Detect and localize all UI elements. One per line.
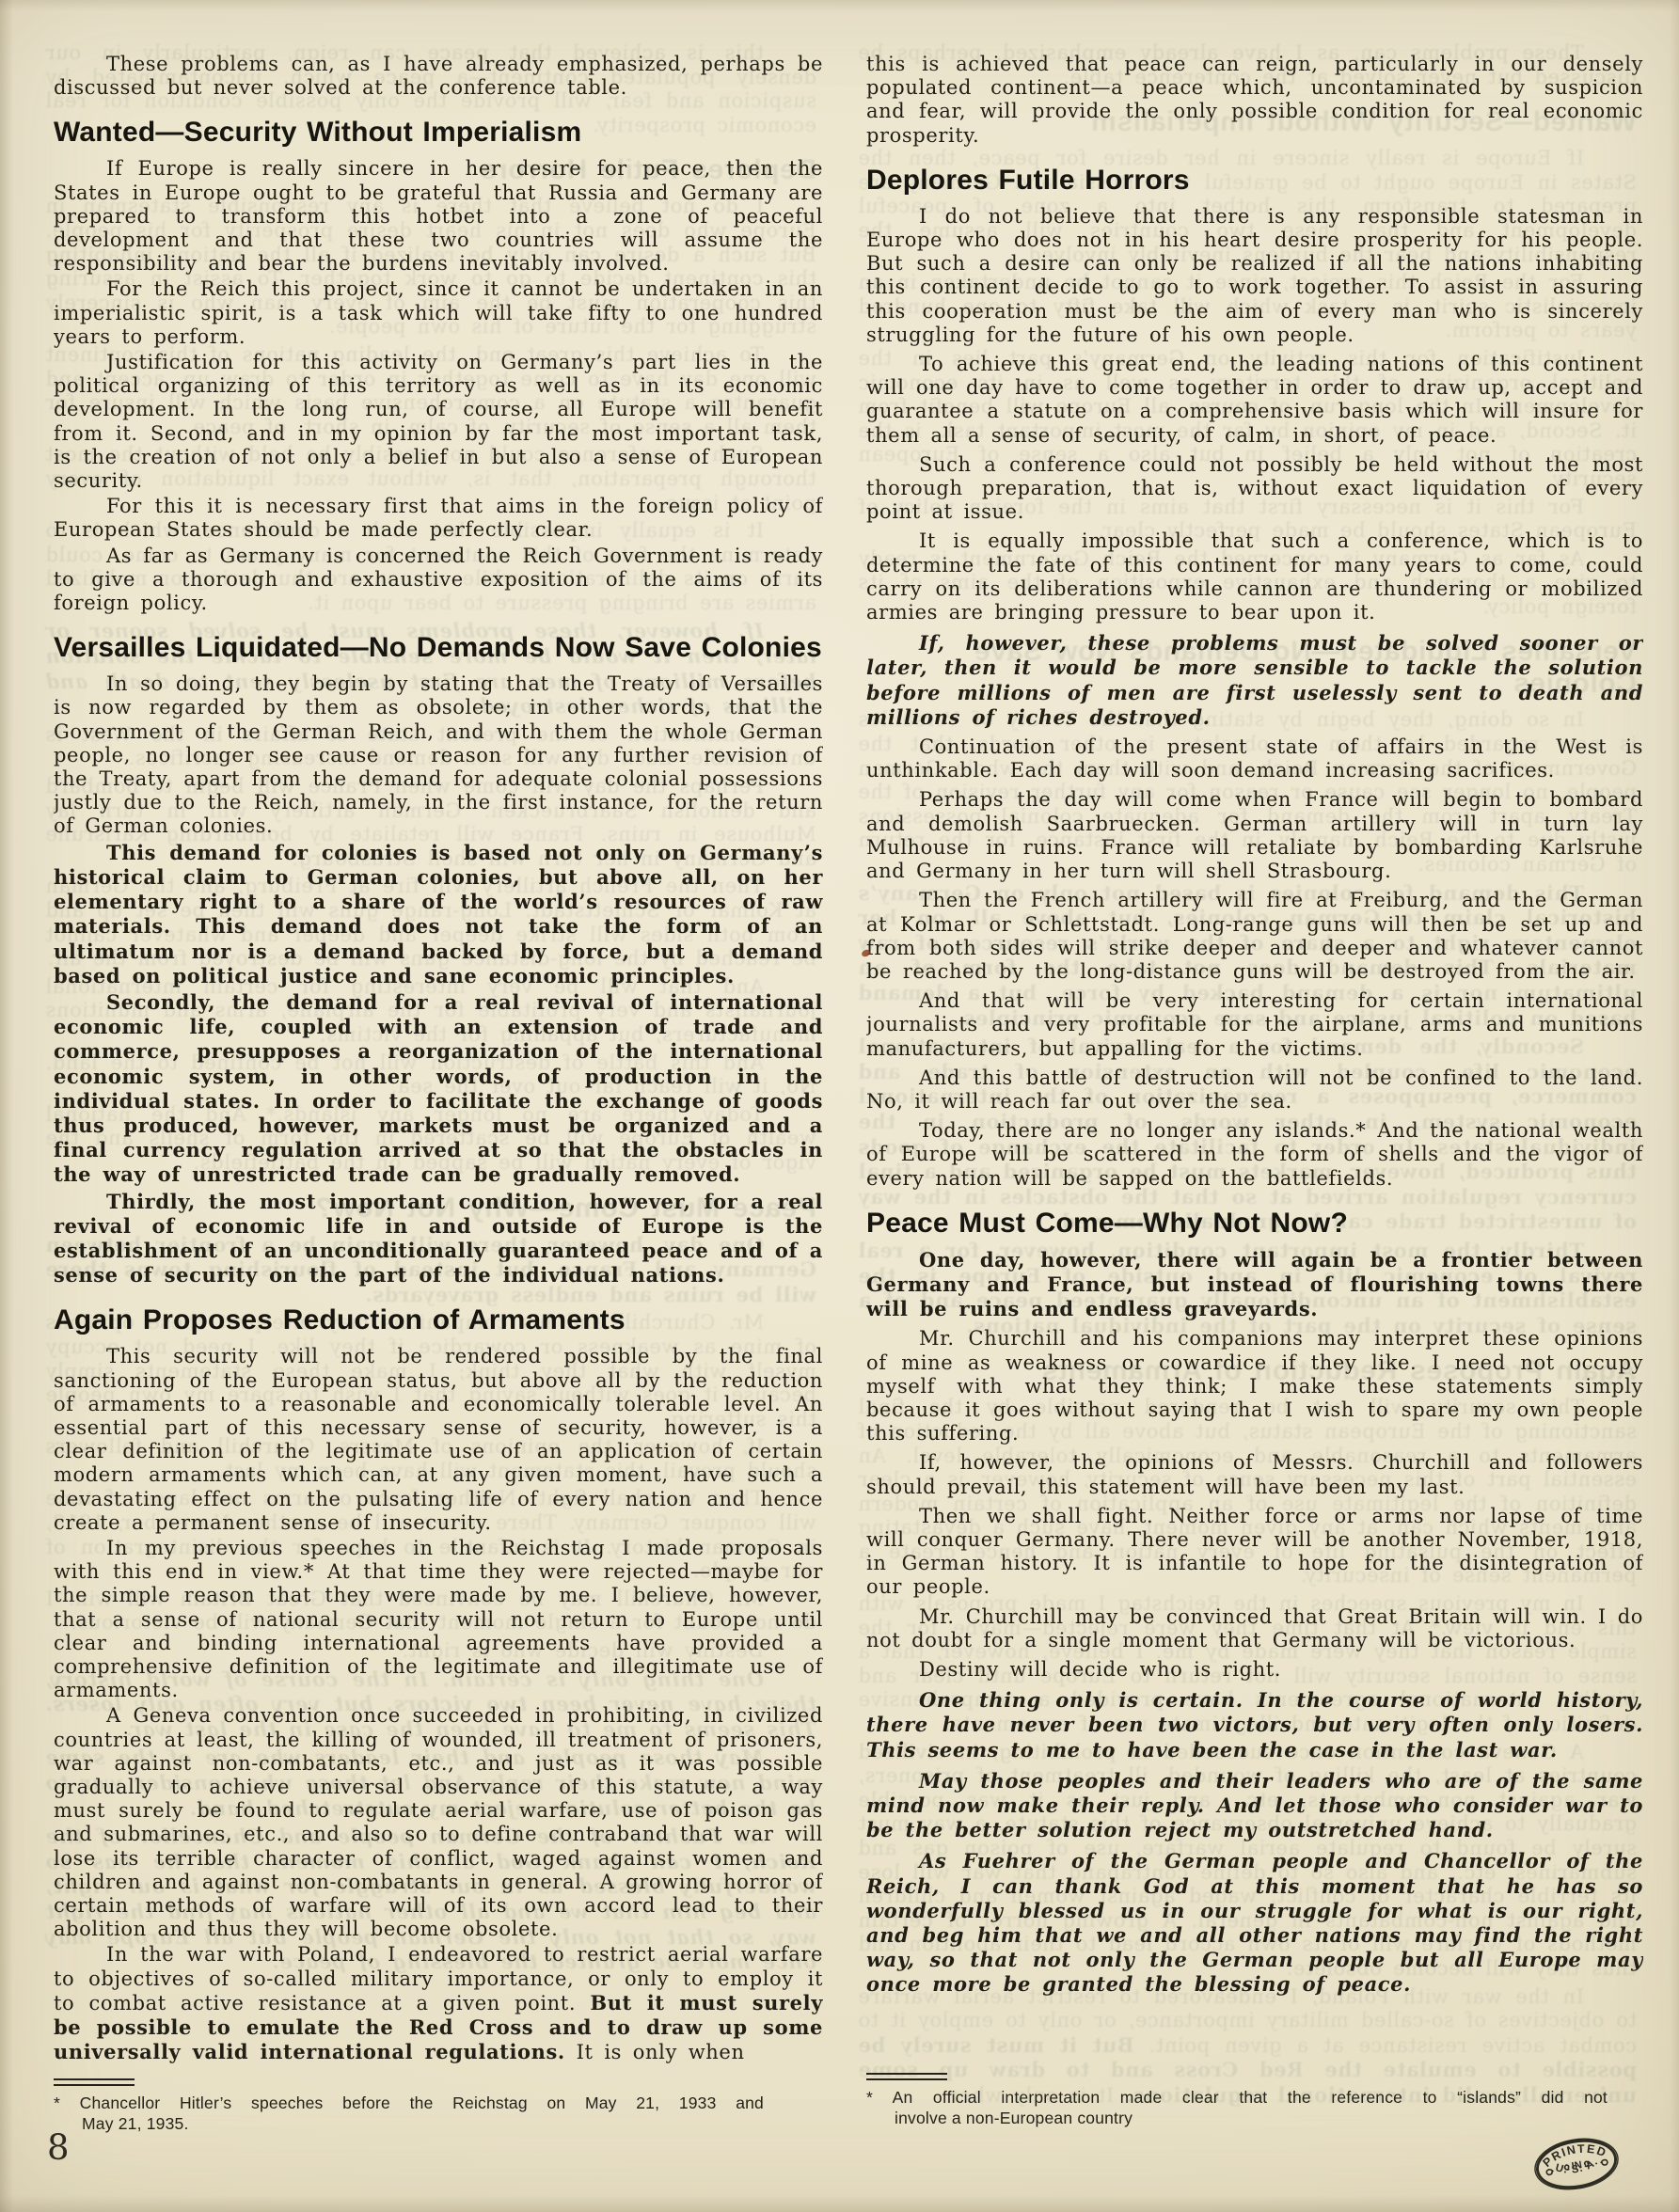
- paragraph: Secondly, the demand for a real revival …: [54, 990, 823, 1188]
- footnote-left: * Chancellor Hitler’s speeches before th…: [54, 2078, 764, 2134]
- paragraph: As far as Germany is concerned the Reich…: [54, 545, 823, 616]
- footnote-rule: [54, 2078, 135, 2086]
- text-run: Then the French artillery will fire at F…: [866, 889, 1643, 983]
- text-run: Perhaps the day will come when France wi…: [866, 788, 1643, 882]
- section-heading: Peace Must Come—Why Not Now?: [866, 1208, 1643, 1240]
- footnote-text: involve a non-European country: [866, 2108, 1608, 2128]
- paragraph: One day, however, there will again be a …: [866, 1248, 1643, 1322]
- text-run: These problems can, as I have already em…: [54, 53, 823, 99]
- paragraph: This demand for colonies is based not on…: [54, 841, 823, 988]
- text-run: It is only when: [565, 2041, 745, 2063]
- paragraph: If, however, the opinions of Messrs. Chu…: [866, 1451, 1643, 1498]
- footnote-right: * An official interpretation made clear …: [866, 2073, 1608, 2128]
- text-run: One day, however, there will again be a …: [866, 1248, 1643, 1320]
- text-run: For the Reich this project, since it can…: [54, 277, 823, 347]
- paragraph: Destiny will decide who is right.: [866, 1658, 1643, 1682]
- footnote-rule: [866, 2073, 947, 2080]
- paragraph: Such a conference could not possibly be …: [866, 453, 1643, 525]
- paragraph: And that will be very interesting for ce…: [866, 989, 1643, 1061]
- text-run: One thing only is certain. In the course…: [866, 1688, 1643, 1761]
- text-run: It is equally impossible that such a con…: [866, 529, 1643, 624]
- paragraph: It is equally impossible that such a con…: [866, 529, 1643, 624]
- footnote-text: * An official interpretation made clear …: [866, 2087, 1608, 2108]
- paragraph: Thirdly, the most important condition, h…: [54, 1190, 823, 1288]
- paragraph: If, however, these problems must be solv…: [866, 631, 1643, 730]
- section-heading: Deplores Futile Horrors: [866, 165, 1643, 197]
- text-run: As far as Germany is concerned the Reich…: [54, 545, 823, 614]
- printed-in-usa-stamp: PRINTED IN U. S. A.: [1529, 2133, 1624, 2195]
- footnote-text: May 21, 1935.: [54, 2113, 764, 2134]
- paragraph: I do not believe that there is any respo…: [866, 205, 1643, 347]
- paragraph: Justification for this activity on Germa…: [54, 351, 823, 493]
- paragraph: In the war with Poland, I endeavored to …: [54, 1943, 823, 2064]
- paragraph: Then we shall fight. Neither force or ar…: [866, 1505, 1643, 1600]
- text-run: As Fuehrer of the German people and Chan…: [866, 1849, 1643, 1996]
- text-run: This demand for colonies is based not on…: [54, 841, 823, 987]
- text-run: Continuation of the present state of aff…: [866, 735, 1643, 782]
- paragraph: For this it is necessary first that aims…: [54, 495, 823, 542]
- paragraph: Today, there are no longer any islands.*…: [866, 1119, 1643, 1191]
- paragraph: These problems can, as I have already em…: [54, 53, 823, 100]
- text-run: A Geneva convention once succeeded in pr…: [54, 1704, 823, 1940]
- paragraph: One thing only is certain. In the course…: [866, 1688, 1643, 1762]
- text-run: May those peoples and their leaders who …: [866, 1769, 1643, 1841]
- text-run: In my previous speeches in the Reichstag…: [54, 1537, 823, 1701]
- paragraph: This security will not be rendered possi…: [54, 1345, 823, 1535]
- paragraph: Mr. Churchill may be convinced that Grea…: [866, 1605, 1643, 1652]
- left-column: These problems can, as I have already em…: [54, 53, 823, 2066]
- text-run: I do not believe that there is any respo…: [866, 205, 1643, 346]
- text-run: Such a conference could not possibly be …: [866, 453, 1643, 523]
- text-run: For this it is necessary first that aims…: [54, 495, 823, 541]
- text-run: In so doing, they begin by stating that …: [54, 672, 823, 837]
- paragraph: Perhaps the day will come when France wi…: [866, 788, 1643, 883]
- paragraph: Continuation of the present state of aff…: [866, 735, 1643, 782]
- text-run: Today, there are no longer any islands.*…: [866, 1119, 1643, 1189]
- paragraph: For the Reich this project, since it can…: [54, 277, 823, 349]
- text-run: If, however, the opinions of Messrs. Chu…: [866, 1451, 1643, 1497]
- paragraph: Then the French artillery will fire at F…: [866, 889, 1643, 984]
- paragraph: A Geneva convention once succeeded in pr…: [54, 1704, 823, 1941]
- text-run: this is achieved that peace can reign, p…: [866, 53, 1643, 147]
- stamp-flourish-right: [1601, 2159, 1608, 2166]
- footnote-text: * Chancellor Hitler’s speeches before th…: [54, 2093, 764, 2113]
- paragraph: In so doing, they begin by stating that …: [54, 672, 823, 838]
- text-run: Justification for this activity on Germa…: [54, 351, 823, 492]
- text-run: Mr. Churchill may be convinced that Grea…: [866, 1605, 1643, 1651]
- stamp-flourish-left: [1546, 2169, 1554, 2175]
- text-run: And this battle of destruction will not …: [866, 1066, 1643, 1113]
- paragraph: this is achieved that peace can reign, p…: [866, 53, 1643, 148]
- paragraph: To achieve this great end, the leading n…: [866, 353, 1643, 448]
- text-run: Mr. Churchill and his companions may int…: [866, 1327, 1643, 1445]
- text-run: And that will be very interesting for ce…: [866, 989, 1643, 1059]
- paper-background: this is achieved that peace can reign, p…: [0, 0, 1679, 2212]
- text-run: Secondly, the demand for a real revival …: [54, 990, 823, 1186]
- paragraph: May those peoples and their leaders who …: [866, 1769, 1643, 1843]
- right-column: this is achieved that peace can reign, p…: [866, 53, 1643, 2003]
- paragraph: In my previous speeches in the Reichstag…: [54, 1537, 823, 1702]
- paragraph: If Europe is really sincere in her desir…: [54, 157, 823, 276]
- text-run: This security will not be rendered possi…: [54, 1345, 823, 1533]
- paragraph: As Fuehrer of the German people and Chan…: [866, 1849, 1643, 1997]
- paragraph: And this battle of destruction will not …: [866, 1066, 1643, 1114]
- text-run: If, however, these problems must be solv…: [866, 631, 1643, 729]
- text-run: To achieve this great end, the leading n…: [866, 353, 1643, 447]
- page-number: 8: [47, 2127, 70, 2168]
- text-run: Then we shall fight. Neither force or ar…: [866, 1505, 1643, 1599]
- text-run: If Europe is really sincere in her desir…: [54, 157, 823, 275]
- text-run: Destiny will decide who is right.: [919, 1658, 1281, 1681]
- section-heading: Again Proposes Reduction of Armaments: [54, 1304, 823, 1336]
- section-heading: Versailles Liquidated—No Demands Now Sav…: [54, 632, 823, 664]
- paragraph: Mr. Churchill and his companions may int…: [866, 1327, 1643, 1446]
- text-run: Thirdly, the most important condition, h…: [54, 1190, 823, 1288]
- section-heading: Wanted—Security Without Imperialism: [54, 117, 823, 149]
- scanned-document-page: { "page": { "number": "8", "paper_color"…: [0, 0, 1679, 2212]
